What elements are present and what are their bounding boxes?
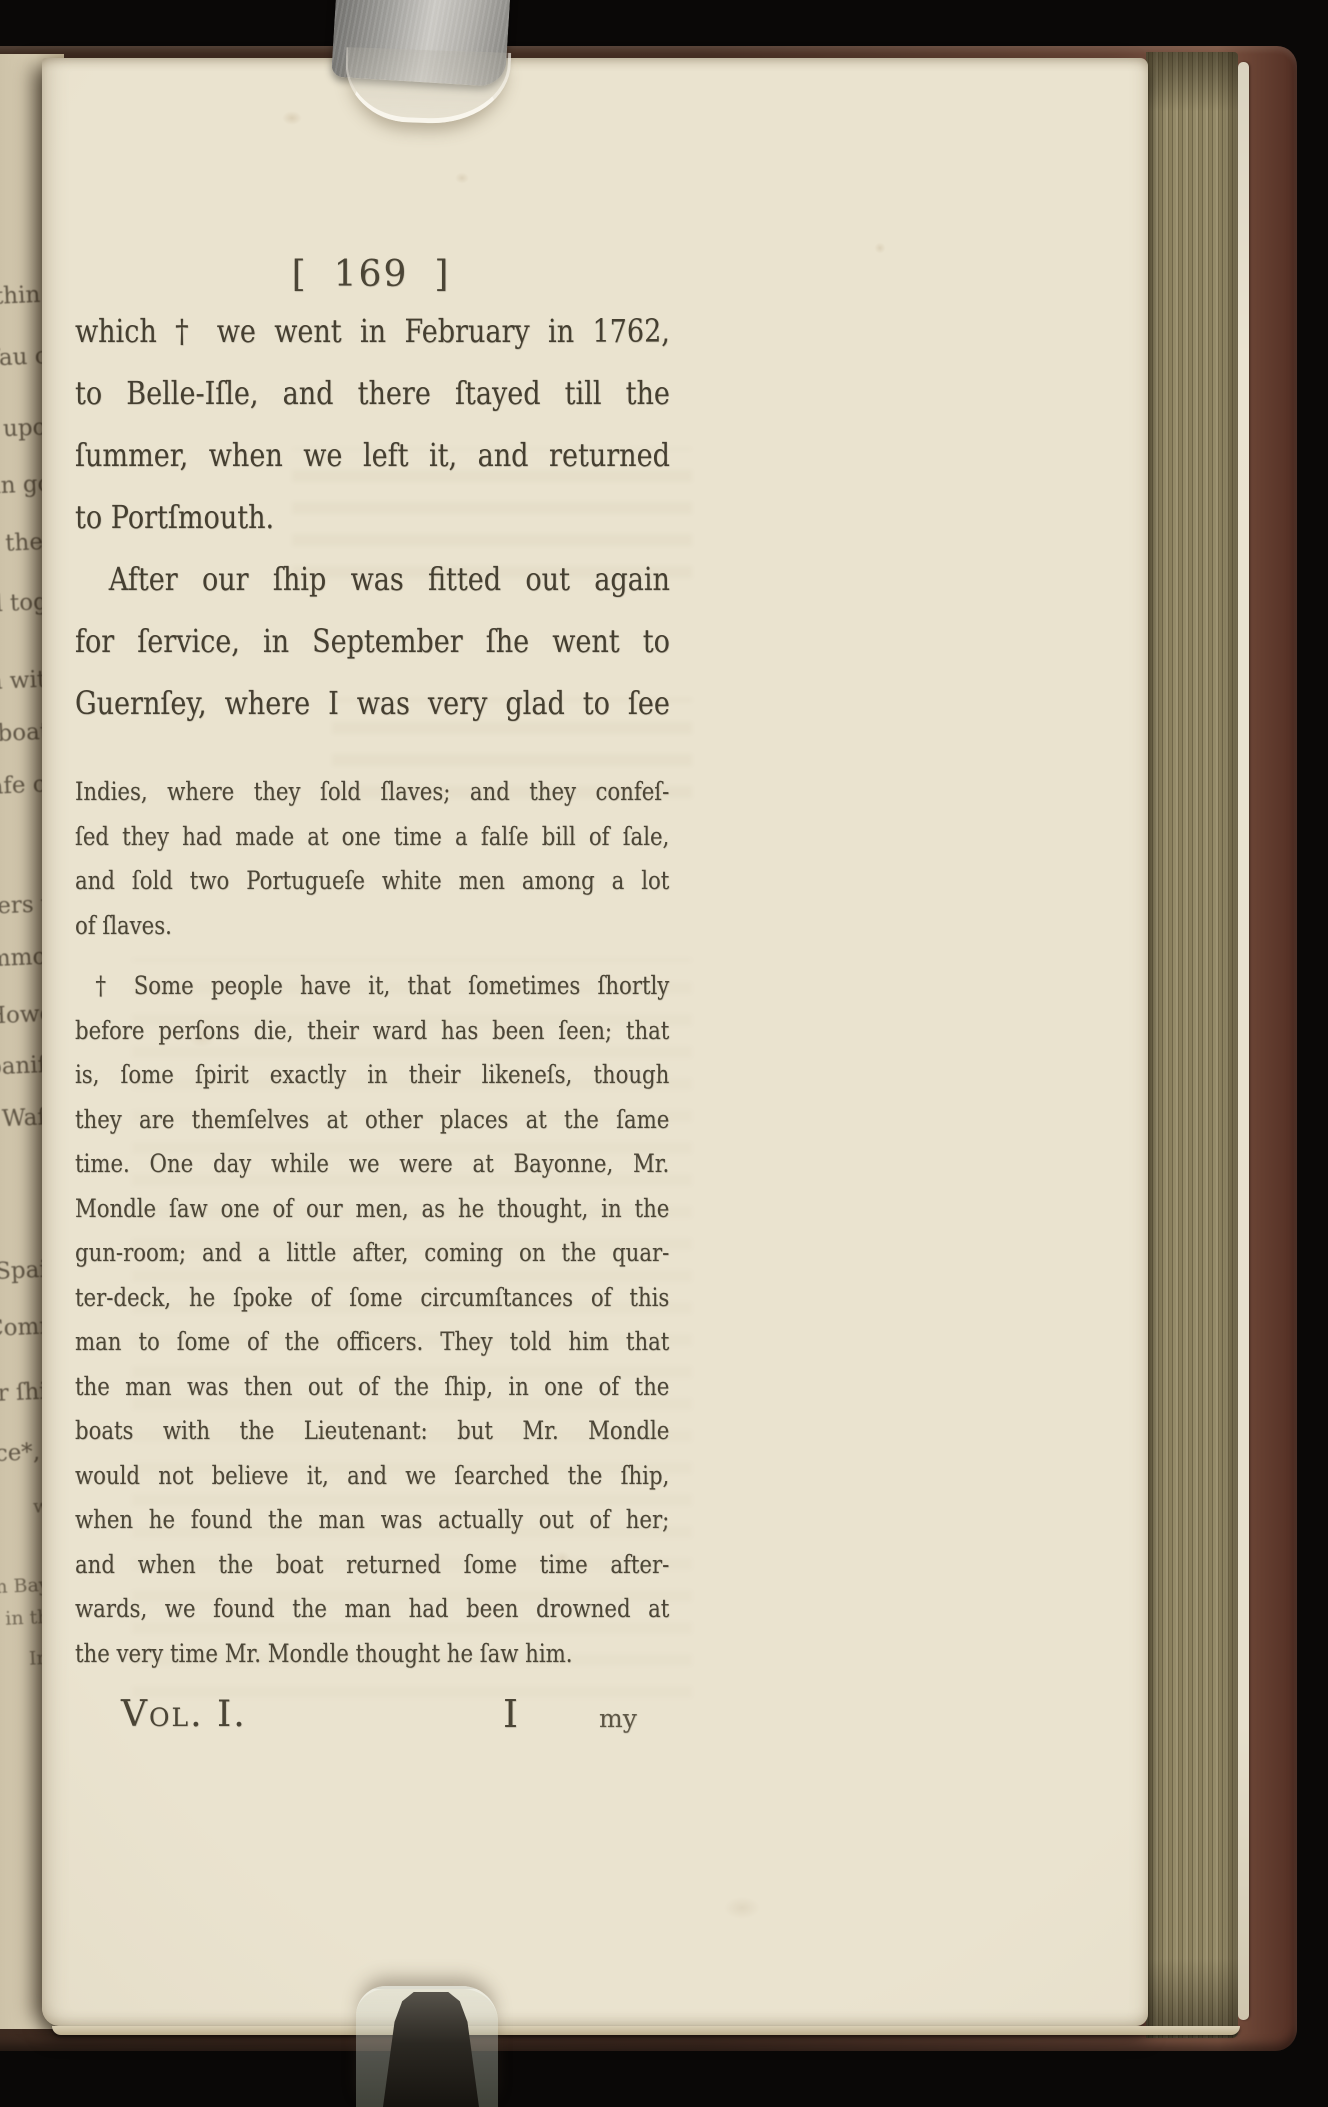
page-number: [169] [75,254,667,295]
paragraph: After our ſhip was fitted out againfor ſ… [75,548,670,734]
text-line: ter-deck, he ſpoke of ſome circumſtances… [75,1276,669,1321]
text-line: they are themſelves at other places at t… [75,1098,669,1143]
text-line: time. One day while we were at Bayonne, … [75,1142,669,1187]
paragraph: which † we went in February in 1762,to B… [75,300,670,548]
text-line: which † we went in February in 1762, [75,300,670,362]
text-line: Guernſey, where I was very glad to ſee [75,672,670,734]
folio-number: 169 [334,254,409,295]
page-edges [1146,52,1238,2038]
text-line: would not believe it, and we ſearched th… [75,1454,669,1499]
text-line: when he found the man was actually out o… [75,1498,669,1543]
text-line: of ſlaves. [75,904,669,949]
paragraph: Indies, where they ſold ſlaves; and they… [75,770,669,948]
text-line: Mondle ſaw one of our men, as he thought… [75,1187,669,1232]
text-line: is, ſome ſpirit exactly in their likeneſ… [75,1053,669,1098]
backdrop: within aNaſſau couponan goty theird toge… [0,0,1328,2107]
text-line: man to ſome of the officers. They told h… [75,1320,669,1365]
footnote-block: Indies, where they ſold ſlaves; and they… [75,770,669,1676]
text-line: After our ſhip was fitted out again [75,548,670,610]
folio-close-bracket: ] [434,254,450,295]
book-page: [169] which † we went in February in 176… [42,58,1148,2026]
text-line: ſed they had made at one time a falſe bi… [75,815,669,860]
text-line: gun-room; and a little after, coming on … [75,1231,669,1276]
text-line: † Some people have it, that ſometimes ſh… [75,964,669,1009]
text-line: to Belle-Iſle, and there ſtayed till the [75,362,670,424]
paragraph: † Some people have it, that ſometimes ſh… [75,964,669,1676]
text-line: wards, we found the man had been drowned… [75,1587,669,1632]
main-text-block: which † we went in February in 1762,to B… [75,300,670,734]
text-line: the man was then out of the ſhip, in one… [75,1365,669,1410]
text-line: for ſervice, in September ſhe went to [75,610,670,672]
text-line: ſummer, when we left it, and returned [75,424,670,486]
text-line: the very time Mr. Mondle thought he ſaw … [75,1632,669,1677]
folio-open-bracket: [ [292,254,308,295]
text-line: to Portſmouth. [75,486,670,548]
text-line: Indies, where they ſold ſlaves; and they… [75,770,669,815]
gathering-letter: I [503,1692,518,1736]
text-line: before perſons die, their ward has been … [75,1009,669,1054]
bottom-sheet-edge [52,2026,1240,2035]
text-line: and when the boat returned ſome time aft… [75,1543,669,1588]
signature-line: Vol. I. I my [75,1688,715,1748]
flyleaf-edge [1238,62,1249,2020]
text-line: and ſold two Portugueſe white men among … [75,859,669,904]
volume-label: Vol. I. [121,1694,247,1735]
text-line: boats with the Lieutenant: but Mr. Mondl… [75,1409,669,1454]
catchword: my [599,1704,637,1733]
